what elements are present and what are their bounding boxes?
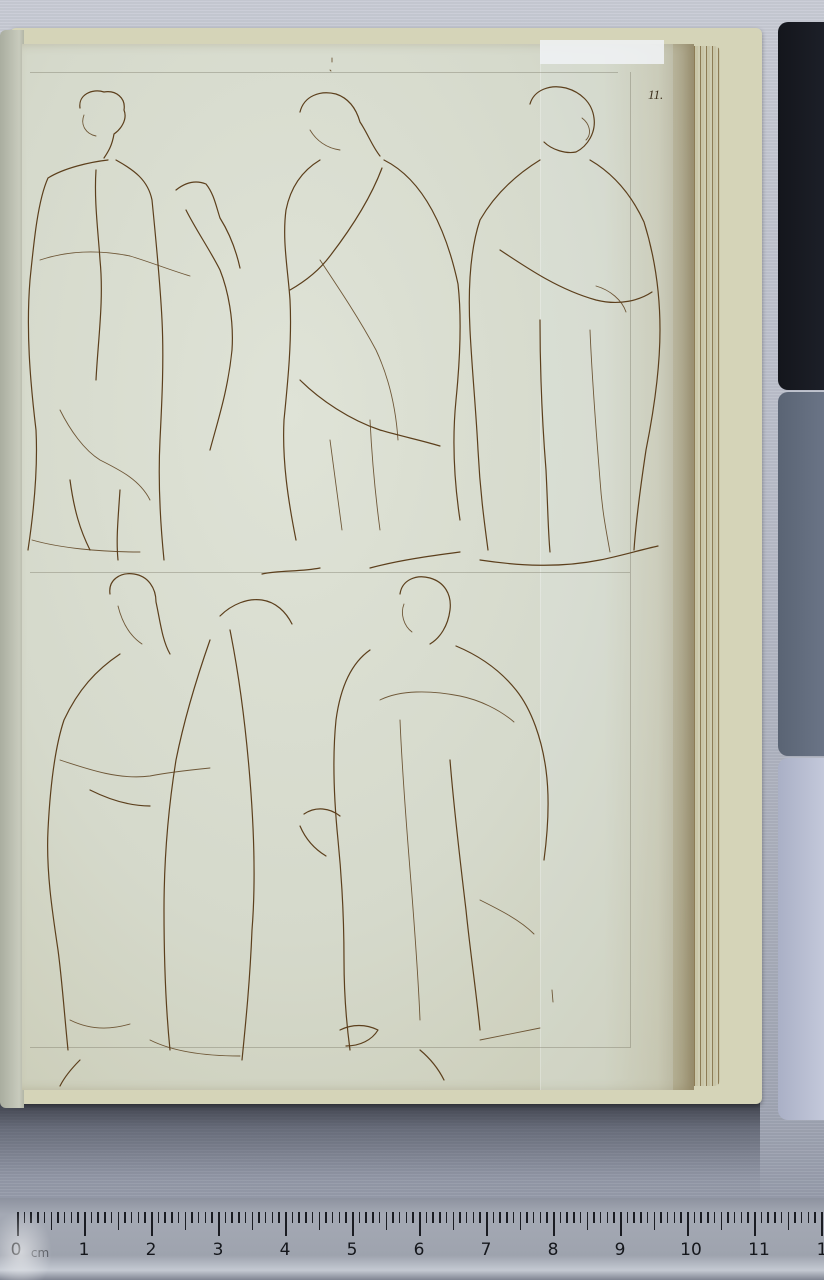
ruler-tick (84, 1212, 86, 1236)
ruler-tick (205, 1212, 207, 1223)
ruler-tick (620, 1212, 622, 1236)
ruler-tick (252, 1212, 254, 1230)
ruler-tick (372, 1212, 374, 1223)
figure-1-top-left (28, 91, 240, 560)
ruler-tick (546, 1212, 548, 1223)
ruler-tick (781, 1212, 783, 1223)
ruler-tick (111, 1212, 113, 1223)
ruler-tick (814, 1212, 816, 1223)
ruler-tick (573, 1212, 575, 1223)
ruler-label-9: 9 (615, 1240, 626, 1260)
ruler-tick (138, 1212, 140, 1223)
ruler-tick (774, 1212, 776, 1223)
ruler-tick (419, 1212, 421, 1236)
ruler-tick (667, 1212, 669, 1223)
ruler-glare (0, 1210, 52, 1280)
ruler-tick (540, 1212, 542, 1223)
ruler-label-11: 11 (748, 1240, 770, 1260)
ruler-tick (741, 1212, 743, 1223)
ruler-tick (473, 1212, 475, 1223)
ruler-tick (91, 1212, 93, 1223)
ruler-label-3: 3 (213, 1240, 224, 1260)
ruler-tick (124, 1212, 126, 1223)
ruler-tick (359, 1212, 361, 1223)
sketchbook-page (22, 44, 694, 1090)
ruler-tick (560, 1212, 562, 1223)
ruler-tick (633, 1212, 635, 1223)
ruler-tick (319, 1212, 321, 1230)
ruler-tick (151, 1212, 153, 1236)
ruler-tick (412, 1212, 414, 1223)
ruler-tick (104, 1212, 106, 1223)
ruler-tick (788, 1212, 790, 1230)
ruler-tick (285, 1212, 287, 1236)
stray-ink-mark (330, 58, 332, 71)
ruler-tick (432, 1212, 434, 1223)
ruler-tick (506, 1212, 508, 1223)
ruler-tick (352, 1212, 354, 1236)
facing-page-edge (0, 30, 24, 1108)
ruler-tick (687, 1212, 689, 1236)
ruler-tick (479, 1212, 481, 1223)
ruler-tick (185, 1212, 187, 1230)
ruler-tick (466, 1212, 468, 1223)
ruler-tick (453, 1212, 455, 1230)
ruler-tick (647, 1212, 649, 1223)
ruler-tick (727, 1212, 729, 1223)
ruler-label-6: 6 (414, 1240, 425, 1260)
ruler-tick (77, 1212, 79, 1223)
ruler-tick (607, 1212, 609, 1223)
ruler-tick (593, 1212, 595, 1223)
ruler-tick (57, 1212, 59, 1223)
ruler-tick (660, 1212, 662, 1223)
ruler-tick (747, 1212, 749, 1223)
ruler-tick (627, 1212, 629, 1223)
ruler-tick (513, 1212, 515, 1223)
ruler-tick (439, 1212, 441, 1223)
ink-figure-drawings (22, 44, 694, 1090)
ruler-tick (211, 1212, 213, 1223)
ruler-label-7: 7 (481, 1240, 492, 1260)
ruler-tick (406, 1212, 408, 1223)
tape-tab (540, 40, 664, 64)
ruler-tick (345, 1212, 347, 1223)
color-card-white (778, 758, 824, 1120)
measuring-ruler (0, 1198, 824, 1280)
ruler-tick (386, 1212, 388, 1230)
ruler-tick (613, 1212, 615, 1223)
ruler-tick (794, 1212, 796, 1223)
ruler-tick (694, 1212, 696, 1223)
ruler-tick (714, 1212, 716, 1223)
ruler-label-8: 8 (548, 1240, 559, 1260)
ruler-tick (131, 1212, 133, 1223)
ruler-tick (231, 1212, 233, 1223)
ruler-tick (533, 1212, 535, 1223)
ruler-tick (332, 1212, 334, 1223)
ruler-tick (265, 1212, 267, 1223)
ruler-label-12: 1 (817, 1240, 824, 1260)
ruler-tick (258, 1212, 260, 1223)
ruler-tick (305, 1212, 307, 1223)
ruler-tick (761, 1212, 763, 1223)
ruler-tick (587, 1212, 589, 1230)
folio-number: 11. (648, 87, 663, 103)
ruler-tick (801, 1212, 803, 1223)
ruler-tick (721, 1212, 723, 1230)
ruler-label-10: 10 (680, 1240, 702, 1260)
ruler-tick (446, 1212, 448, 1223)
ruler-tick (198, 1212, 200, 1223)
ruler-label-1: 1 (79, 1240, 90, 1260)
ruler-tick (191, 1212, 193, 1223)
figure-4-bottom-left (48, 574, 292, 1086)
ruler-tick (278, 1212, 280, 1223)
ruler-tick (700, 1212, 702, 1223)
ruler-tick (238, 1212, 240, 1223)
color-card-black (778, 22, 824, 390)
ruler-tick (365, 1212, 367, 1223)
ruler-tick (600, 1212, 602, 1223)
ruler-tick (459, 1212, 461, 1223)
ruler-tick (392, 1212, 394, 1223)
ruler-label-4: 4 (280, 1240, 291, 1260)
ruler-tick (178, 1212, 180, 1223)
ruler-tick (312, 1212, 314, 1223)
ruler-tick (640, 1212, 642, 1223)
ruler-tick (339, 1212, 341, 1223)
ruler-tick (97, 1212, 99, 1223)
ruler-tick (486, 1212, 488, 1236)
ruler-tick (499, 1212, 501, 1223)
stray-ink-mark (552, 990, 553, 1002)
ruler-tick (674, 1212, 676, 1223)
ruler-tick (707, 1212, 709, 1223)
ruler-tick (426, 1212, 428, 1223)
ruler-tick (734, 1212, 736, 1223)
ruler-tick (379, 1212, 381, 1223)
ruler-tick (272, 1212, 274, 1223)
ruler-tick (580, 1212, 582, 1223)
ruler-tick (218, 1212, 220, 1236)
figure-3-top-right (469, 87, 660, 565)
ruler-tick (64, 1212, 66, 1223)
ruler-tick (767, 1212, 769, 1223)
figure-5-bottom-center (300, 577, 548, 1080)
ruler-tick (520, 1212, 522, 1230)
ruler-tick (808, 1212, 810, 1223)
ruler-label-5: 5 (347, 1240, 358, 1260)
ruler-tick (553, 1212, 555, 1236)
ruler-tick (399, 1212, 401, 1223)
ruler-tick (566, 1212, 568, 1223)
ruler-tick (821, 1212, 823, 1236)
ruler-tick (225, 1212, 227, 1223)
ruler-tick (654, 1212, 656, 1230)
ruler-tick (493, 1212, 495, 1223)
ruler-tick (118, 1212, 120, 1230)
ruler-tick (298, 1212, 300, 1223)
book-shadow (0, 1090, 760, 1200)
ruler-tick (71, 1212, 73, 1223)
ruler-tick (164, 1212, 166, 1223)
ruler-tick (680, 1212, 682, 1223)
figure-2-top-center (262, 93, 460, 574)
ruler-tick (144, 1212, 146, 1223)
ruler-tick (245, 1212, 247, 1223)
ruler-tick (526, 1212, 528, 1223)
ruler-tick (754, 1212, 756, 1236)
ruler-tick (171, 1212, 173, 1223)
color-card-gray (778, 392, 824, 756)
ruler-tick (292, 1212, 294, 1223)
ruler-label-2: 2 (146, 1240, 157, 1260)
ruler-tick (158, 1212, 160, 1223)
ruler-tick (325, 1212, 327, 1223)
